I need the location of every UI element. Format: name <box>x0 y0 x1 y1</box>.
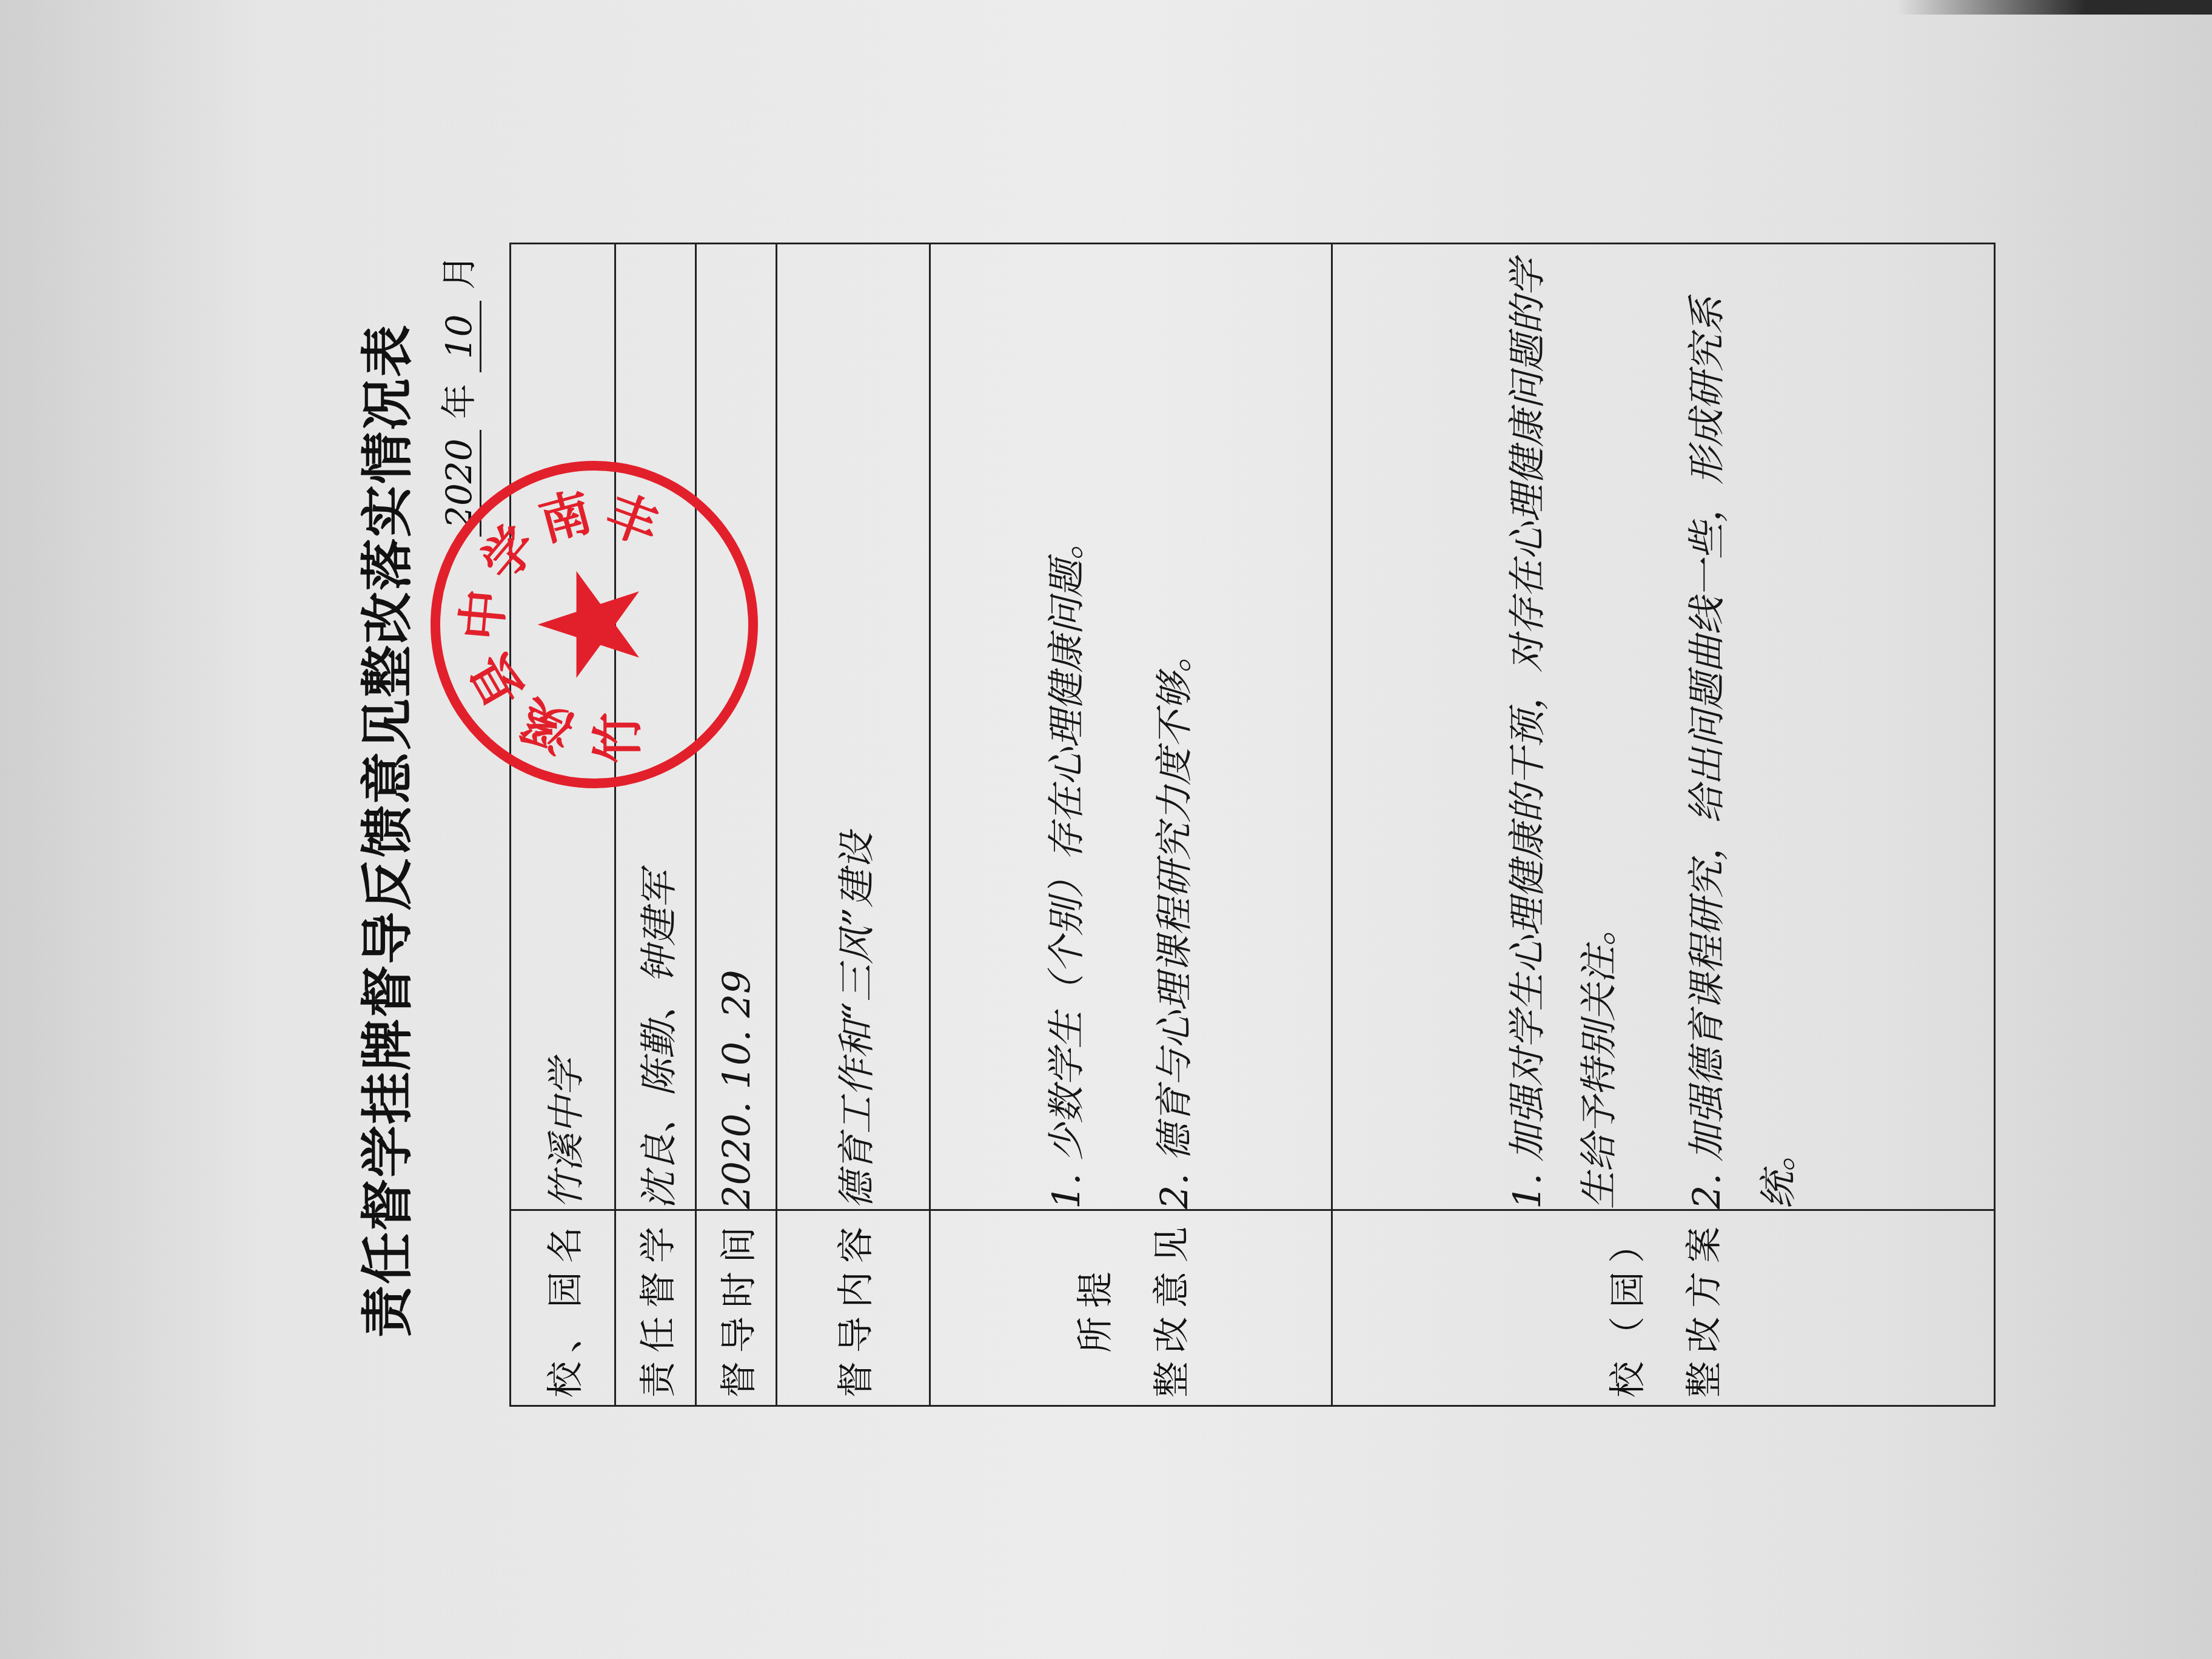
plan-label-line1: 校（园） <box>1607 1218 1649 1398</box>
table-row: 督导内容 德育工作和“三风”建设 <box>777 244 930 1406</box>
rectification-form: 责任督学挂牌督导反馈意见整改落实情况表 2020 年 10 月 校、园名 竹溪中… <box>327 236 2074 1425</box>
table-row: 责任督学 沈良、陈勤、钟建军 <box>615 244 696 1406</box>
plan-item: 2. 加强德育课程研究，给出问题曲线一些，形成研究系统。 <box>1671 244 1814 1209</box>
inspection-content-label: 督导内容 <box>777 1210 930 1406</box>
table-row: 校、园名 竹溪中学 <box>511 244 615 1406</box>
supervisor-value: 沈良、陈勤、钟建军 <box>615 244 696 1210</box>
form-title: 责任督学挂牌督导反馈意见整改落实情况表 <box>346 236 421 1425</box>
feedback-label: 所提 整改意见 <box>930 1210 1332 1406</box>
plan-items: 1. 加强对学生心理健康的干预，对存在心理健康问题的学生给予特别关注。 2. 加… <box>1332 244 1995 1210</box>
form-table: 校、园名 竹溪中学 责任督学 沈良、陈勤、钟建军 督导时间 2020. 10. … <box>509 243 1996 1407</box>
feedback-label-line1: 所提 <box>1074 1263 1117 1353</box>
plan-label: 校（园） 整改方案 <box>1332 1210 1995 1406</box>
plan-label-line2: 整改方案 <box>1675 1211 1728 1405</box>
feedback-item: 2. 德育与心理课程研究力度不够。 <box>1139 244 1210 1209</box>
date-month: 10 <box>438 301 481 372</box>
inspection-content-value: 德育工作和“三风”建设 <box>777 244 930 1210</box>
table-row: 所提 整改意见 1. 少数学生（个别）存在心理健康问题。 2. 德育与心理课程研… <box>930 244 1332 1406</box>
school-name-value: 竹溪中学 <box>511 244 615 1210</box>
plan-item: 1. 加强对学生心理健康的干预，对存在心理健康问题的学生给予特别关注。 <box>1492 244 1635 1209</box>
inspection-time-value: 2020. 10. 29 <box>696 244 777 1210</box>
feedback-item: 1. 少数学生（个别）存在心理健康问题。 <box>1031 244 1102 1209</box>
table-surface-edge <box>1897 0 2212 15</box>
date-month-label: 月 <box>438 255 480 290</box>
supervisor-label: 责任督学 <box>615 1210 696 1406</box>
feedback-label-line2: 整改意见 <box>1143 1211 1195 1405</box>
inspection-time-label: 督导时间 <box>696 1210 777 1406</box>
date-year-label: 年 <box>438 384 480 419</box>
table-row: 督导时间 2020. 10. 29 <box>696 244 777 1406</box>
table-row: 校（园） 整改方案 1. 加强对学生心理健康的干预，对存在心理健康问题的学生给予… <box>1332 244 1995 1406</box>
school-name-label: 校、园名 <box>511 1210 615 1406</box>
feedback-items: 1. 少数学生（个别）存在心理健康问题。 2. 德育与心理课程研究力度不够。 <box>930 244 1332 1210</box>
date-year: 2020 <box>438 430 481 537</box>
seal-char: 中 <box>441 586 518 643</box>
form-date: 2020 年 10 月 <box>431 255 481 537</box>
